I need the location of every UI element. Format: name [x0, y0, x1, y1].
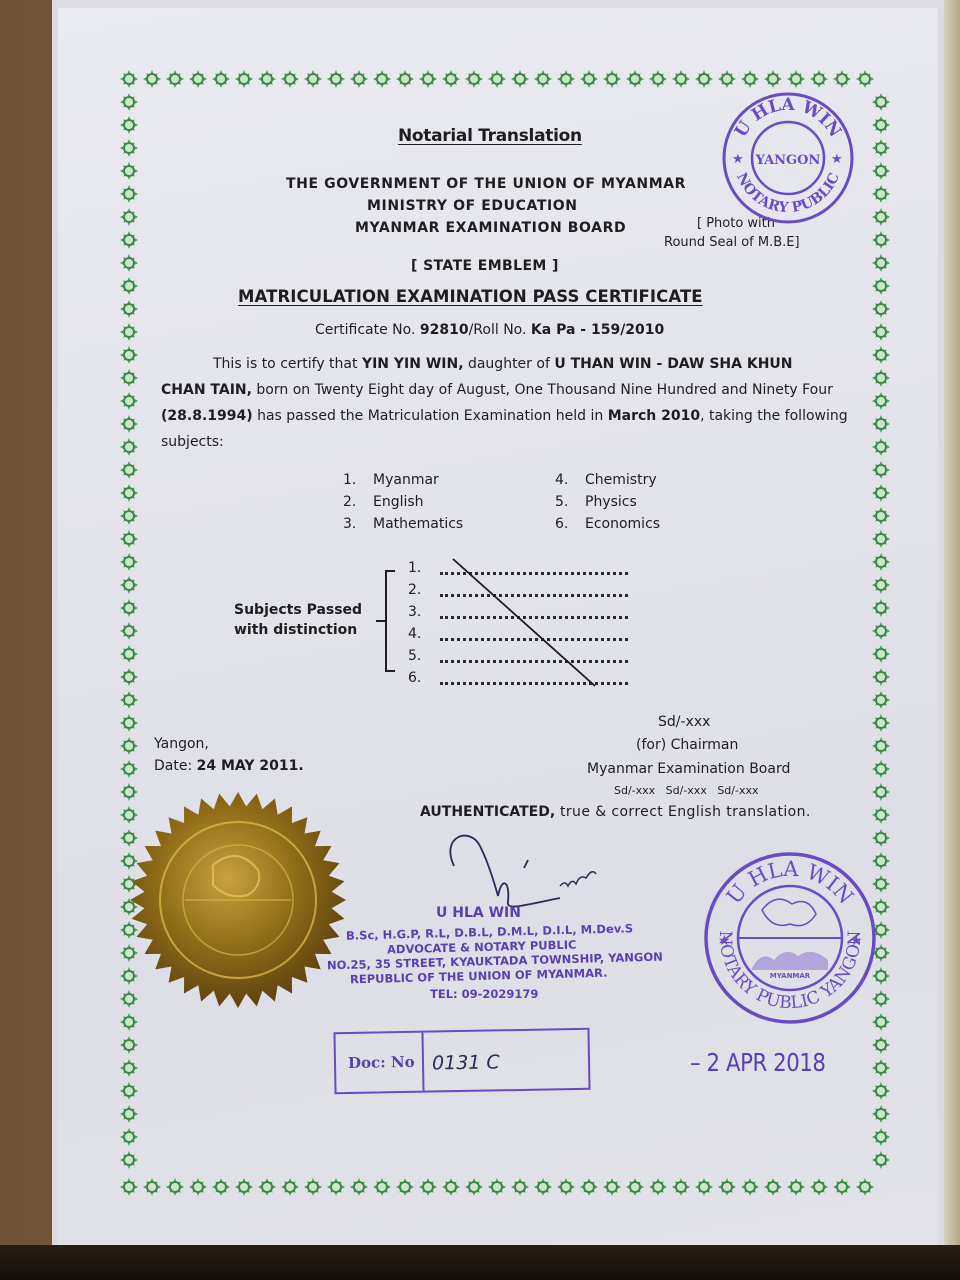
border-flower-icon — [118, 206, 140, 228]
border-flower-icon — [394, 68, 416, 90]
border-flower-icon — [118, 1176, 140, 1198]
border-flower-icon — [118, 137, 140, 159]
border-flower-icon — [870, 160, 892, 182]
subject-item: 5.Physics — [555, 494, 637, 510]
docbox-divider — [421, 1033, 424, 1091]
border-flower-icon — [670, 68, 692, 90]
distinction-row-number: 4. — [408, 626, 421, 642]
roll-no: Ka Pa - 159/2010 — [531, 322, 664, 338]
border-bottom — [118, 1176, 876, 1198]
authentication-text: true & correct English translation. — [555, 804, 811, 820]
border-flower-icon — [785, 68, 807, 90]
signature-placeholder: Sd/-xxx — [658, 714, 710, 730]
svg-text:YANGON: YANGON — [755, 153, 821, 168]
border-flower-icon — [118, 666, 140, 688]
student-name: YIN YIN WIN, — [362, 356, 464, 372]
for-chairman: (for) Chairman — [636, 737, 738, 753]
border-flower-icon — [870, 1103, 892, 1125]
distinction-row-number: 2. — [408, 582, 421, 598]
government-line: THE GOVERNMENT OF THE UNION OF MYANMAR — [286, 176, 686, 192]
border-flower-icon — [417, 1176, 439, 1198]
notary-stamp-top: U HLA WIN NOTARY PUBLIC YANGON ★ ★ — [718, 88, 858, 228]
border-flower-icon — [348, 68, 370, 90]
subject-number: 3. — [343, 516, 373, 532]
table-shadow — [0, 1245, 960, 1280]
border-flower-icon — [870, 1080, 892, 1102]
border-flower-icon — [118, 321, 140, 343]
authentication-line: AUTHENTICATED, true & correct English tr… — [420, 804, 811, 820]
border-flower-icon — [870, 137, 892, 159]
authenticated-label: AUTHENTICATED, — [420, 804, 555, 820]
border-top — [118, 68, 876, 90]
cert-no: 92810 — [420, 322, 469, 338]
border-flower-icon — [118, 1057, 140, 1079]
state-emblem-placeholder: [ STATE EMBLEM ] — [411, 258, 559, 274]
subject-item: 2.English — [343, 494, 424, 510]
border-flower-icon — [693, 68, 715, 90]
subject-item: 6.Economics — [555, 516, 660, 532]
border-flower-icon — [118, 689, 140, 711]
border-flower-icon — [870, 413, 892, 435]
subject-number: 6. — [555, 516, 585, 532]
roll-no-label: /Roll No. — [469, 322, 527, 338]
border-flower-icon — [118, 1149, 140, 1171]
border-flower-icon — [578, 1176, 600, 1198]
border-flower-icon — [693, 1176, 715, 1198]
border-flower-icon — [118, 1011, 140, 1033]
border-flower-icon — [870, 528, 892, 550]
border-flower-icon — [141, 68, 163, 90]
distinction-row-number: 1. — [408, 560, 421, 576]
svg-text:★: ★ — [718, 933, 731, 949]
subject-name: English — [373, 494, 424, 510]
border-flower-icon — [210, 68, 232, 90]
border-flower-icon — [870, 436, 892, 458]
border-flower-icon — [118, 528, 140, 550]
border-flower-icon — [118, 160, 140, 182]
subject-number: 5. — [555, 494, 585, 510]
border-flower-icon — [601, 1176, 623, 1198]
cert-no-label: Certificate No. — [315, 322, 415, 338]
border-flower-icon — [118, 91, 140, 113]
subject-name: Physics — [585, 494, 637, 510]
body-text: has passed the Matriculation Examination… — [253, 408, 608, 424]
border-flower-icon — [509, 1176, 531, 1198]
bracket-tick — [376, 620, 386, 622]
doc-no-label: Doc: No — [348, 1053, 415, 1072]
border-flower-icon — [870, 505, 892, 527]
distinction-row-number: 5. — [408, 648, 421, 664]
border-flower-icon — [118, 252, 140, 274]
subject-number: 2. — [343, 494, 373, 510]
border-flower-icon — [739, 1176, 761, 1198]
border-flower-icon — [532, 1176, 554, 1198]
border-flower-icon — [118, 1126, 140, 1148]
notary-stamp-bottom: U HLA WIN NOTARY PUBLIC YANGON MYANMAR ★… — [700, 848, 880, 1028]
border-flower-icon — [279, 68, 301, 90]
border-flower-icon — [870, 781, 892, 803]
subject-item: 4.Chemistry — [555, 472, 657, 488]
border-flower-icon — [870, 643, 892, 665]
border-flower-icon — [118, 620, 140, 642]
border-flower-icon — [118, 1034, 140, 1056]
border-flower-icon — [870, 689, 892, 711]
border-flower-icon — [486, 1176, 508, 1198]
parents-names: U THAN WIN - DAW SHA KHUN — [554, 356, 792, 372]
border-flower-icon — [578, 68, 600, 90]
border-flower-icon — [118, 643, 140, 665]
border-flower-icon — [808, 68, 830, 90]
subject-item: 3.Mathematics — [343, 516, 463, 532]
subject-number: 4. — [555, 472, 585, 488]
body-line-3: (28.8.1994) has passed the Matriculation… — [161, 408, 848, 424]
svg-text:★: ★ — [732, 152, 744, 167]
border-flower-icon — [302, 68, 324, 90]
border-flower-icon — [870, 206, 892, 228]
border-flower-icon — [164, 1176, 186, 1198]
border-flower-icon — [624, 1176, 646, 1198]
border-flower-icon — [870, 390, 892, 412]
date-label: Date: — [154, 758, 192, 774]
border-flower-icon — [870, 735, 892, 757]
border-flower-icon — [279, 1176, 301, 1198]
border-flower-icon — [118, 574, 140, 596]
border-flower-icon — [463, 68, 485, 90]
border-flower-icon — [118, 183, 140, 205]
certificate-title: MATRICULATION EXAMINATION PASS CERTIFICA… — [238, 287, 703, 306]
border-flower-icon — [555, 68, 577, 90]
border-flower-icon — [118, 551, 140, 573]
doc-no: 0131 C — [432, 1051, 500, 1074]
border-flower-icon — [854, 68, 876, 90]
photo-note-line-2: Round Seal of M.B.E] — [664, 235, 800, 250]
border-flower-icon — [371, 68, 393, 90]
birth-date: (28.8.1994) — [161, 408, 253, 424]
distinction-label-2: with distinction — [234, 622, 357, 638]
border-flower-icon — [118, 229, 140, 251]
border-flower-icon — [762, 1176, 784, 1198]
border-flower-icon — [870, 183, 892, 205]
border-flower-icon — [870, 551, 892, 573]
body-text: daughter of — [464, 356, 555, 372]
border-flower-icon — [870, 114, 892, 136]
border-flower-icon — [870, 574, 892, 596]
border-flower-icon — [808, 1176, 830, 1198]
border-flower-icon — [118, 482, 140, 504]
border-flower-icon — [371, 1176, 393, 1198]
svg-text:MYANMAR: MYANMAR — [770, 972, 811, 980]
border-flower-icon — [870, 1034, 892, 1056]
border-flower-icon — [870, 252, 892, 274]
border-flower-icon — [647, 68, 669, 90]
border-flower-icon — [870, 712, 892, 734]
body-text: , taking the following — [700, 408, 848, 424]
subject-name: Chemistry — [585, 472, 657, 488]
border-flower-icon — [118, 758, 140, 780]
border-flower-icon — [716, 68, 738, 90]
border-flower-icon — [325, 1176, 347, 1198]
gold-notary-seal — [128, 790, 348, 1010]
subject-name: Myanmar — [373, 472, 439, 488]
border-flower-icon — [870, 229, 892, 251]
border-flower-icon — [870, 666, 892, 688]
distinction-row-number: 3. — [408, 604, 421, 620]
subject-name: Economics — [585, 516, 660, 532]
distinction-label-1: Subjects Passed — [234, 602, 362, 618]
border-flower-icon — [256, 68, 278, 90]
border-flower-icon — [118, 275, 140, 297]
board-signature: Myanmar Examination Board — [587, 761, 790, 777]
border-flower-icon — [870, 804, 892, 826]
border-flower-icon — [187, 68, 209, 90]
border-flower-icon — [555, 1176, 577, 1198]
border-flower-icon — [870, 321, 892, 343]
border-flower-icon — [870, 482, 892, 504]
border-flower-icon — [870, 344, 892, 366]
stamp-date-prefix: – — [690, 1048, 707, 1077]
parents-names-cont: CHAN TAIN, — [161, 382, 252, 398]
distinction-row-number: 6. — [408, 670, 421, 686]
border-flower-icon — [118, 459, 140, 481]
border-flower-icon — [233, 68, 255, 90]
body-line-1: This is to certify that YIN YIN WIN, dau… — [213, 356, 793, 372]
board-line: MYANMAR EXAMINATION BOARD — [355, 220, 626, 236]
border-flower-icon — [870, 1126, 892, 1148]
signature-row: Sd/-xxx Sd/-xxx Sd/-xxx — [614, 784, 759, 797]
border-flower-icon — [831, 68, 853, 90]
border-flower-icon — [716, 1176, 738, 1198]
border-flower-icon — [233, 1176, 255, 1198]
stamp-date-value: 2 APR 2018 — [707, 1048, 826, 1077]
border-flower-icon — [870, 275, 892, 297]
birth-date-words: born on Twenty Eight day of August, One … — [252, 382, 833, 398]
border-flower-icon — [486, 68, 508, 90]
border-flower-icon — [831, 1176, 853, 1198]
border-flower-icon — [647, 1176, 669, 1198]
border-flower-icon — [624, 68, 646, 90]
border-flower-icon — [118, 735, 140, 757]
border-flower-icon — [118, 712, 140, 734]
border-flower-icon — [870, 1149, 892, 1171]
border-flower-icon — [463, 1176, 485, 1198]
document-number-stamp: Doc: No 0131 C — [333, 1028, 590, 1094]
strike-through-line — [450, 556, 610, 692]
border-flower-icon — [394, 1176, 416, 1198]
issue-date: 24 MAY 2011. — [197, 758, 304, 774]
body-line-4: subjects: — [161, 434, 224, 450]
border-flower-icon — [164, 68, 186, 90]
notary-telephone: TEL: 09-2029179 — [430, 987, 538, 1001]
subject-name: Mathematics — [373, 516, 463, 532]
border-flower-icon — [118, 436, 140, 458]
border-flower-icon — [762, 68, 784, 90]
border-flower-icon — [870, 367, 892, 389]
body-line-2: CHAN TAIN, born on Twenty Eight day of A… — [161, 382, 833, 398]
border-flower-icon — [118, 344, 140, 366]
svg-text:★: ★ — [850, 933, 863, 949]
stamp-date: – 2 APR 2018 — [690, 1048, 826, 1077]
border-flower-icon — [440, 68, 462, 90]
border-flower-icon — [348, 1176, 370, 1198]
document-title: Notarial Translation — [398, 126, 582, 146]
border-flower-icon — [739, 68, 761, 90]
place: Yangon, — [154, 736, 209, 752]
svg-text:★: ★ — [831, 152, 843, 167]
border-flower-icon — [118, 114, 140, 136]
svg-text:U HLA WIN: U HLA WIN — [722, 857, 858, 909]
issue-date-line: Date: 24 MAY 2011. — [154, 758, 304, 774]
bracket — [385, 570, 395, 672]
border-flower-icon — [118, 390, 140, 412]
border-flower-icon — [785, 1176, 807, 1198]
border-flower-icon — [187, 1176, 209, 1198]
border-flower-icon — [118, 505, 140, 527]
border-flower-icon — [256, 1176, 278, 1198]
border-flower-icon — [870, 91, 892, 113]
exam-date: March 2010 — [608, 408, 700, 424]
notary-name: U HLA WIN — [436, 905, 521, 921]
certificate-number-line: Certificate No. 92810/Roll No. Ka Pa - 1… — [315, 322, 664, 338]
border-flower-icon — [854, 1176, 876, 1198]
border-flower-icon — [870, 459, 892, 481]
border-flower-icon — [325, 68, 347, 90]
border-flower-icon — [509, 68, 531, 90]
svg-text:U HLA WIN: U HLA WIN — [731, 95, 845, 141]
border-flower-icon — [210, 1176, 232, 1198]
body-text: This is to certify that — [213, 356, 362, 372]
border-flower-icon — [870, 758, 892, 780]
border-flower-icon — [118, 298, 140, 320]
border-flower-icon — [670, 1176, 692, 1198]
subject-item: 1.Myanmar — [343, 472, 439, 488]
border-flower-icon — [601, 68, 623, 90]
border-flower-icon — [118, 413, 140, 435]
border-flower-icon — [118, 1103, 140, 1125]
border-flower-icon — [118, 68, 140, 90]
border-flower-icon — [302, 1176, 324, 1198]
border-flower-icon — [870, 1057, 892, 1079]
border-flower-icon — [141, 1176, 163, 1198]
border-flower-icon — [870, 620, 892, 642]
border-flower-icon — [118, 597, 140, 619]
subject-number: 1. — [343, 472, 373, 488]
border-flower-icon — [440, 1176, 462, 1198]
border-flower-icon — [118, 1080, 140, 1102]
border-flower-icon — [870, 827, 892, 849]
border-flower-icon — [532, 68, 554, 90]
border-flower-icon — [118, 367, 140, 389]
border-flower-icon — [417, 68, 439, 90]
ministry-line: MINISTRY OF EDUCATION — [367, 198, 578, 214]
border-flower-icon — [870, 597, 892, 619]
border-flower-icon — [870, 298, 892, 320]
